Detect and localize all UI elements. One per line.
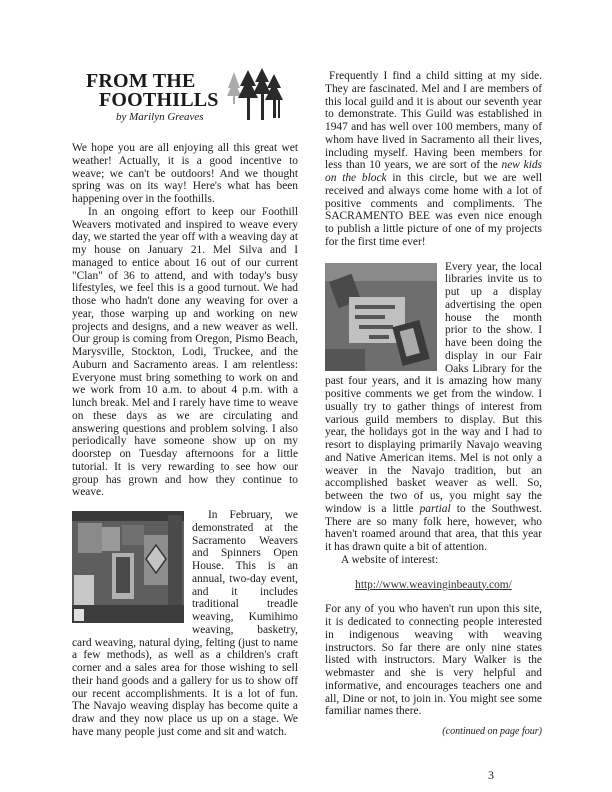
- page-number: 3: [488, 768, 494, 783]
- paragraph-weaving-day: In an ongoing effort to keep our Foothil…: [72, 206, 298, 499]
- paragraph-website-intro: A website of interest:: [325, 554, 542, 567]
- byline: by Marilyn Greaves: [116, 111, 204, 123]
- right-column: Frequently I find a child sitting at my …: [325, 70, 542, 739]
- navajo-display-photo: [72, 511, 184, 623]
- library-display-photo: [325, 263, 437, 371]
- left-column: We hope you are all enjoying all this gr…: [72, 142, 298, 739]
- masthead-title-line2: FOOTHILLS: [99, 89, 219, 112]
- paragraph-guild: Frequently I find a child sitting at my …: [325, 70, 542, 249]
- masthead: FROM THE FOOTHILLS by Marilyn Greaves: [80, 66, 280, 130]
- continued-note: (continued on page four): [325, 726, 542, 739]
- website-link[interactable]: http://www.weavinginbeauty.com/: [325, 579, 542, 592]
- italic-partial: partial: [420, 503, 451, 515]
- pine-trees-icon: [226, 66, 286, 122]
- paragraph-website-desc: For any of you who haven't run upon this…: [325, 603, 542, 718]
- paragraph-intro: We hope you are all enjoying all this gr…: [72, 142, 298, 206]
